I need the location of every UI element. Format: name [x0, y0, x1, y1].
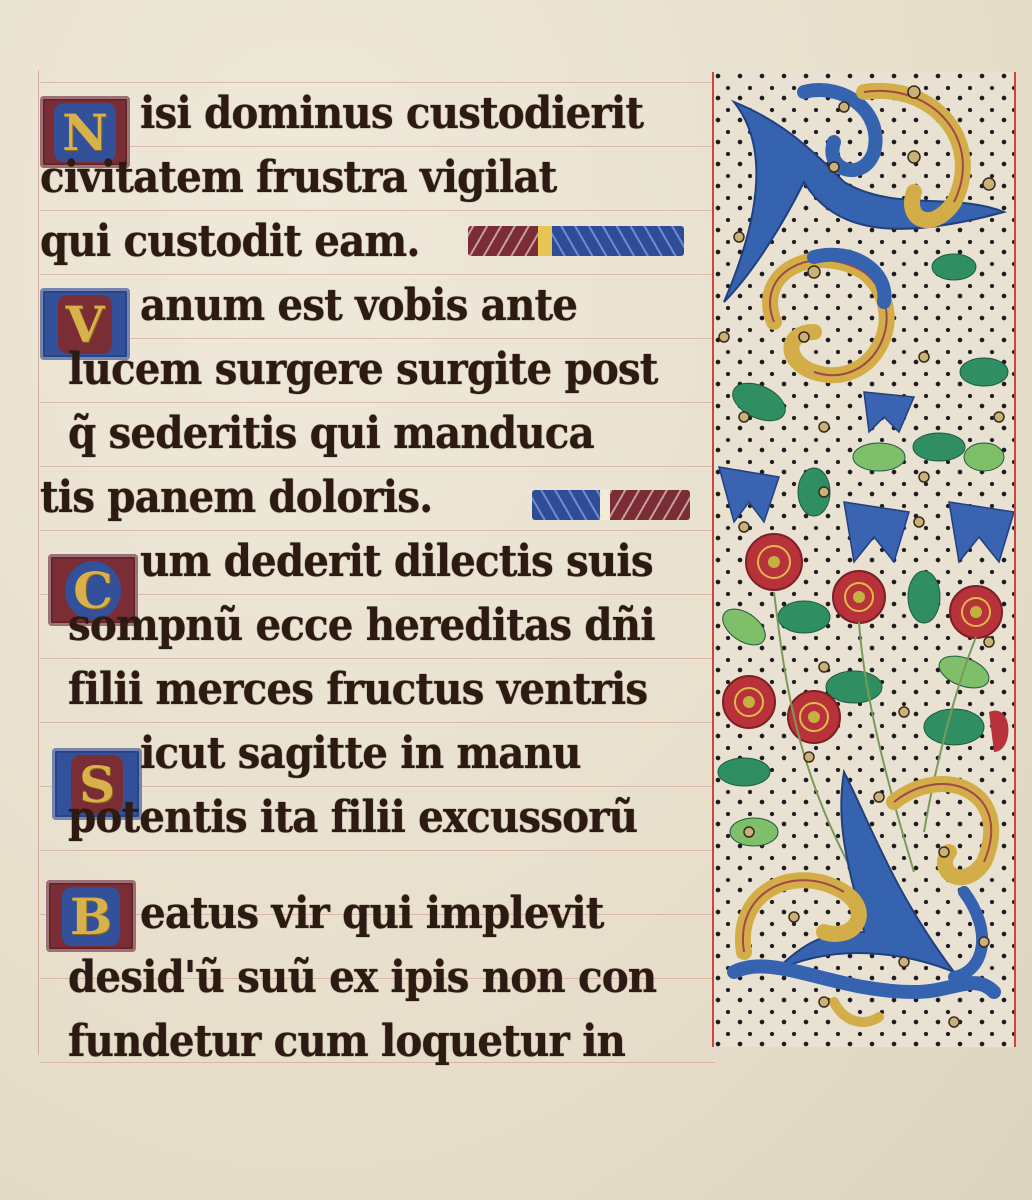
text-line: isi dominus custodierit: [140, 82, 643, 146]
line-filler: [468, 226, 684, 256]
ruling-line: [40, 850, 715, 851]
floral-border: [712, 72, 1016, 1047]
line-filler: [532, 490, 690, 520]
ruling-left: [38, 70, 39, 1055]
manuscript-page: N V C S B isi dominus custodierit civita…: [0, 0, 1032, 1200]
acanthus-bottom: [734, 772, 994, 1022]
text-line: lucem surgere surgite post: [68, 338, 658, 402]
text-line: desid'ũ suũ ex ipis non con: [68, 946, 656, 1010]
text-line: um dederit dilectis suis: [140, 530, 653, 594]
text-line: potentis ita filii excussorũ: [68, 786, 637, 850]
text-line: sompnũ ecce hereditas dñi: [68, 594, 655, 658]
text-line: fundetur cum loquetur in: [68, 1010, 625, 1074]
text-line: qui custodit eam.: [40, 210, 420, 274]
initial-b: B: [46, 880, 136, 952]
text-line: anum est vobis ante: [140, 274, 577, 338]
text-line: filii merces fructus ventris: [68, 658, 647, 722]
text-line: civitatem frustra vigilat: [40, 146, 556, 210]
text-line: eatus vir qui implevit: [140, 882, 604, 946]
text-line: icut sagitte in manu: [140, 722, 581, 786]
text-line: q̃ sederitis qui manduca: [68, 402, 594, 466]
border-illumination: [714, 72, 1014, 1047]
acanthus-top: [724, 90, 1004, 375]
text-line: tis panem doloris.: [40, 466, 432, 530]
